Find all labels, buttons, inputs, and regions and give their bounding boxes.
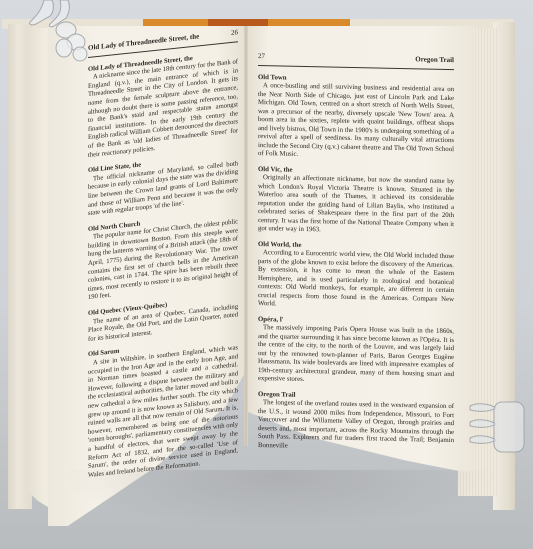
entry-definition: The popular name for Christ Church, the … <box>88 219 238 304</box>
left-page-text: Old Lady of Threadneedle Street, the 26 … <box>88 28 238 487</box>
entry-definition: A once-bustling and still surviving busi… <box>258 82 454 163</box>
dictionary-entry: Old Vic, the Originally an affectionate … <box>258 166 454 238</box>
entry-definition: The massively imposing Paris Opera House… <box>258 324 454 388</box>
right-running-head-title: Oregon Trail <box>415 55 454 64</box>
dictionary-entry: Old Line State, the The official nicknam… <box>88 151 238 218</box>
dictionary-entry: Old Lady of Threadneedle Street, the A n… <box>88 50 238 160</box>
entry-definition: A nickname since the late 18th century f… <box>88 58 238 160</box>
dictionary-entry: Old Sarum A site in Wiltshire, in southe… <box>88 336 238 481</box>
dictionary-entry: Old Town A once-bustling and still survi… <box>258 74 454 163</box>
book-shadow <box>60 470 500 530</box>
page-clip-icon <box>20 0 90 62</box>
entry-definition: Originally an affectionate nickname, but… <box>258 174 454 238</box>
page-clip-icon <box>468 400 530 460</box>
dictionary-entry: Old World, the According to a Eurocentri… <box>258 241 454 313</box>
entry-definition: According to a Eurocentric world view, t… <box>258 249 454 313</box>
right-page-number: 27 <box>258 52 265 61</box>
entry-definition: A site in Wiltshire, in southern England… <box>88 344 238 480</box>
entry-definition: The longest of the overland routes used … <box>258 399 454 454</box>
book-photo: Old Lady of Threadneedle Street, the 26 … <box>0 0 533 549</box>
dictionary-entry: Opéra, l' The massively imposing Paris O… <box>258 316 454 388</box>
left-page-number: 26 <box>231 28 238 37</box>
right-page-text: 27 Oregon Trail Old Town A once-bustling… <box>258 52 454 461</box>
dictionary-entry: Old Quebec (Vieux-Québec) The name of an… <box>88 294 238 344</box>
dictionary-entry: Oregon Trail The longest of the overland… <box>258 391 454 455</box>
book-gutter <box>244 26 248 446</box>
right-running-head: 27 Oregon Trail <box>258 52 454 70</box>
dictionary-entry: Old North Church The popular name for Ch… <box>88 210 238 303</box>
